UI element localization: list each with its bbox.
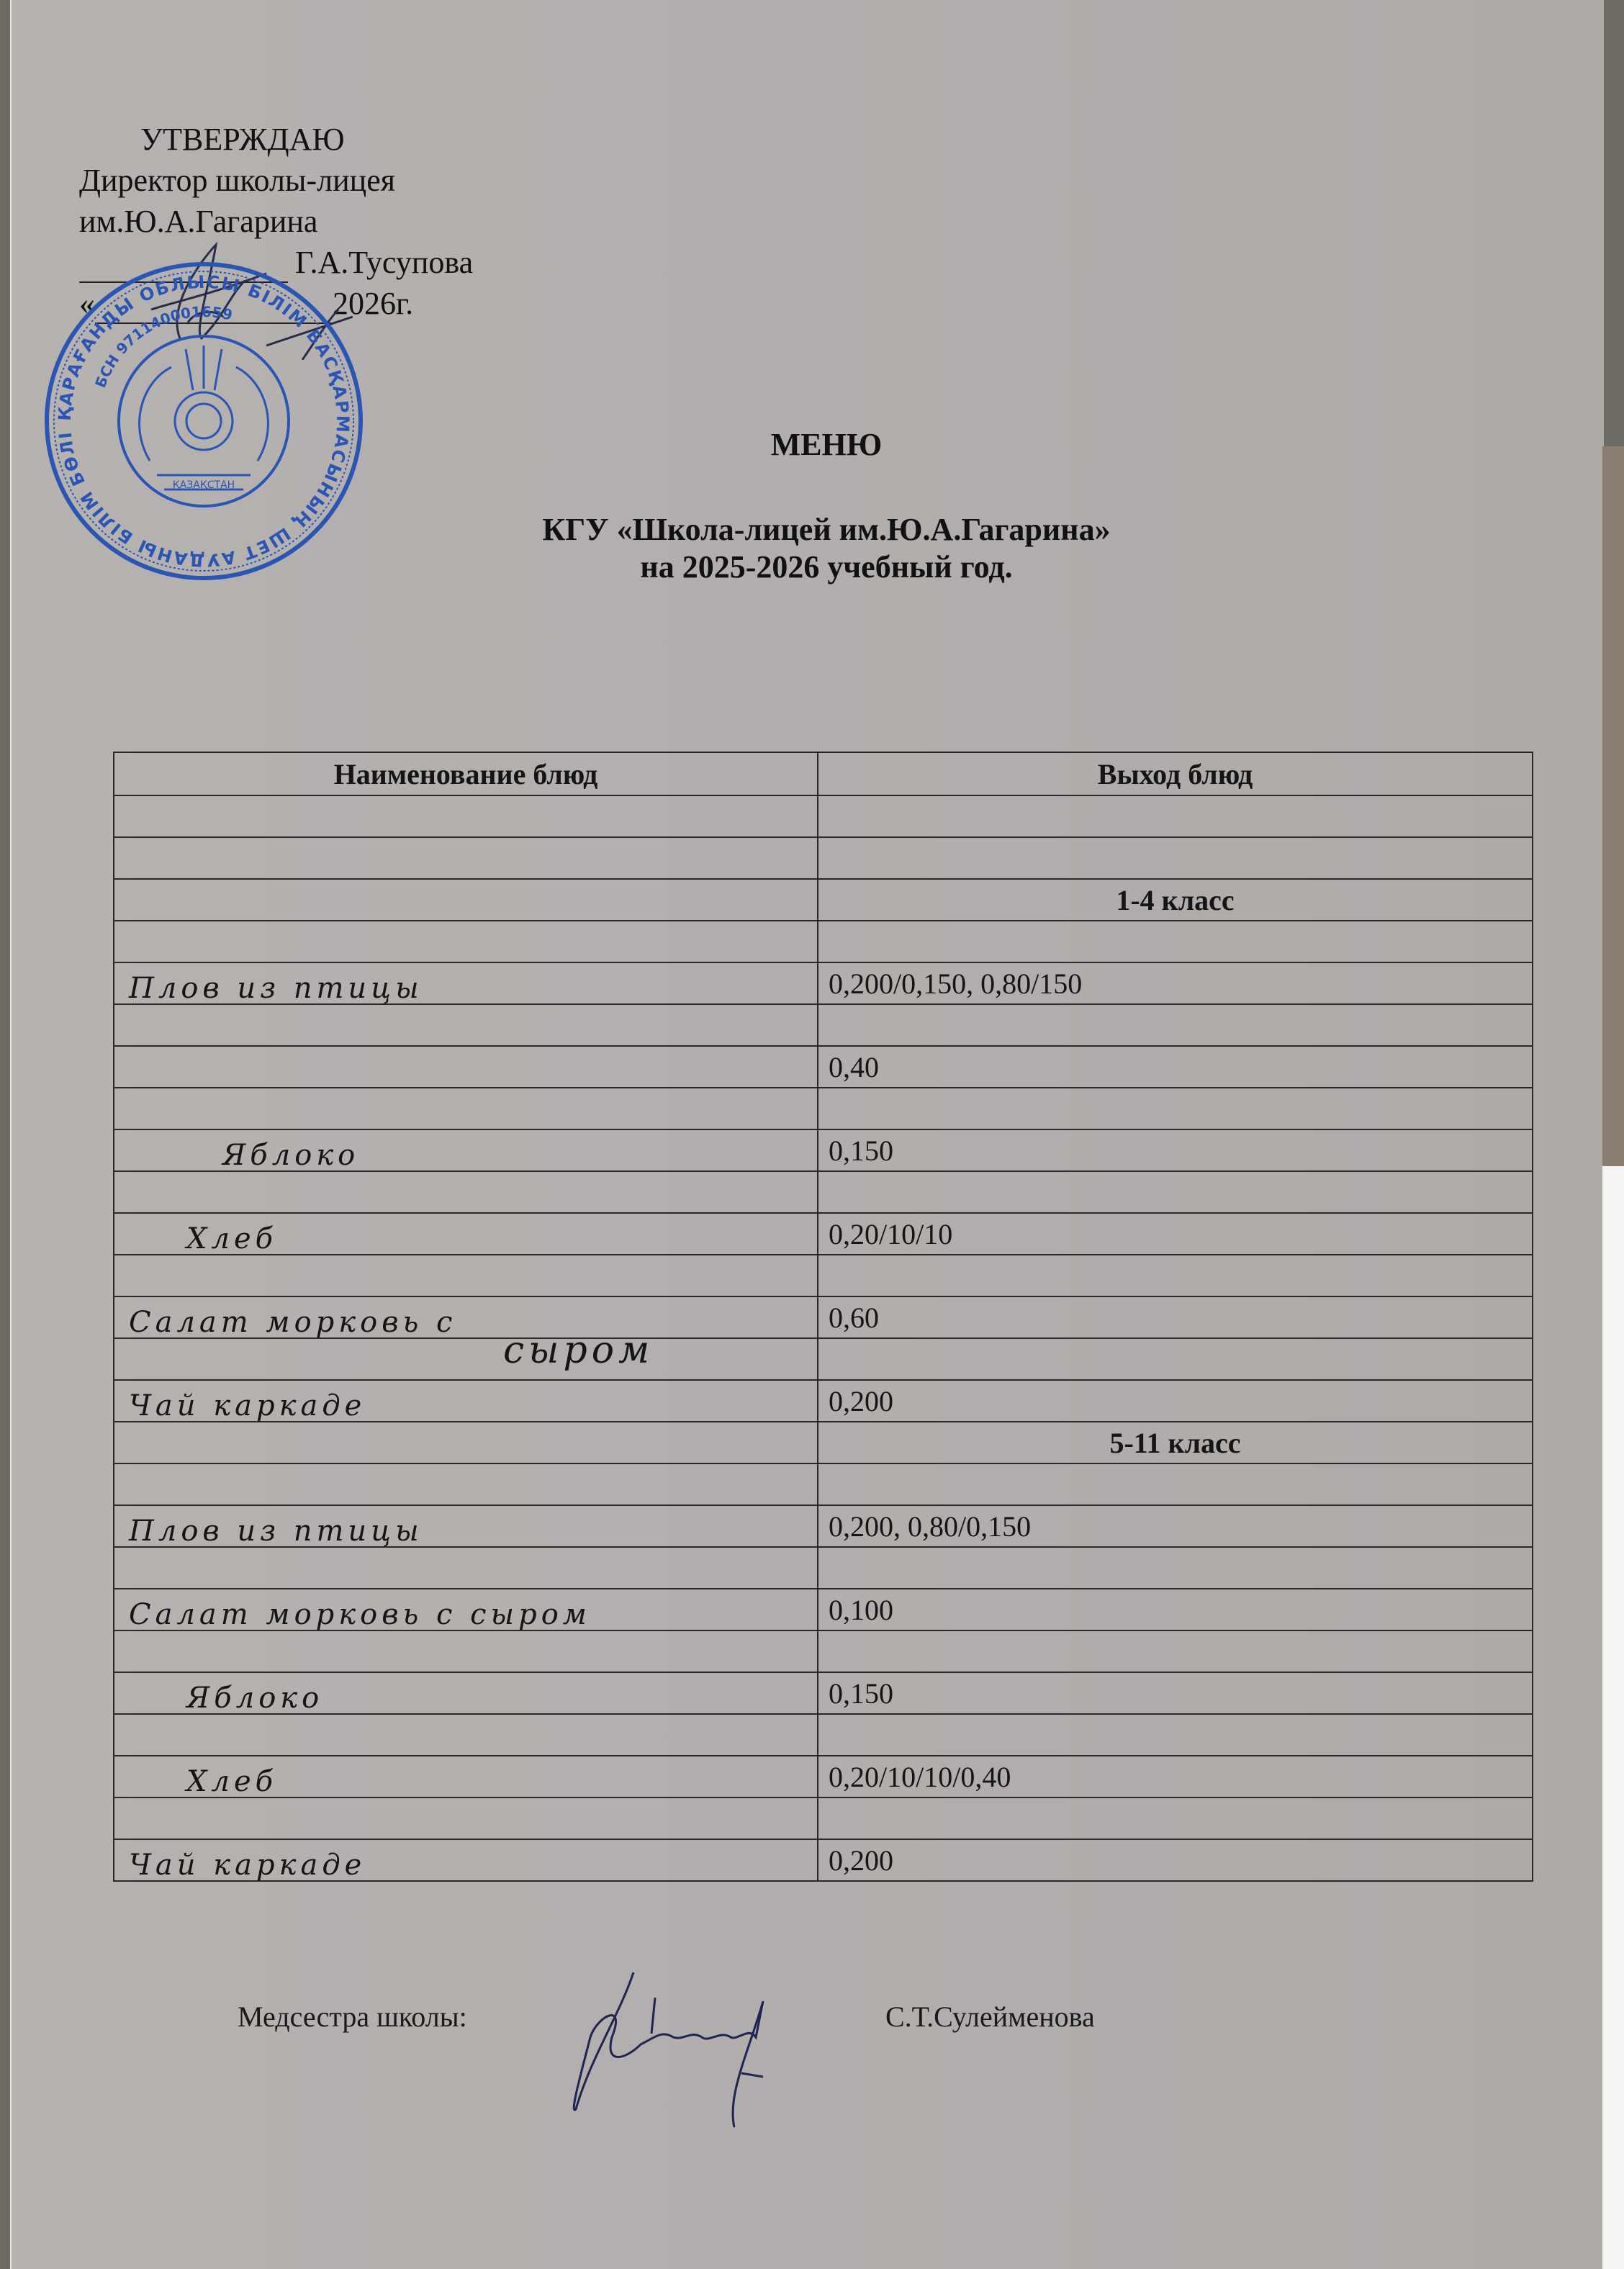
yield-cell: 0,200, 0,80/0,150 (818, 1505, 1533, 1547)
dish-name: Хлеб (186, 1765, 277, 1798)
table-row: Хлеб0,20/10/10 (114, 1213, 1533, 1255)
section-row: 1-4 класс (114, 879, 1533, 921)
yield-cell (818, 1255, 1533, 1296)
dish-name-cell: Хлеб (114, 1213, 818, 1255)
dish-name-cell: Плов из птицы (114, 1505, 818, 1547)
yield-cell (818, 1088, 1533, 1129)
dish-cell (114, 879, 818, 921)
yield-cell (818, 1714, 1533, 1756)
yield-cell: 0,20/10/10/0,40 (818, 1756, 1533, 1797)
table-row: Салат морковь с сыром0,100 (114, 1589, 1533, 1630)
approval-position: Директор школы-лицея (79, 160, 473, 201)
dish-name: Хлеб (186, 1222, 277, 1255)
yield-cell (818, 1463, 1533, 1505)
dish-name-cell (114, 1547, 818, 1589)
yield-cell (818, 921, 1533, 962)
table-row (114, 1004, 1533, 1046)
table-row (114, 1630, 1533, 1672)
yield-cell (818, 837, 1533, 879)
table-row: Яблоко0,150 (114, 1129, 1533, 1171)
yield-cell (818, 1797, 1533, 1839)
yield-cell (818, 1004, 1533, 1046)
nurse-label: Медсестра школы: (238, 2000, 467, 2034)
header-dish-name: Наименование блюд (114, 752, 818, 795)
dish-name-cell: сыром (114, 1338, 818, 1380)
dish-name-cell (114, 1004, 818, 1046)
yield-cell: 0,40 (818, 1046, 1533, 1088)
dish-name-cell: Яблоко (114, 1129, 818, 1171)
dish-name-cell (114, 1088, 818, 1129)
table-header-row: Наименование блюд Выход блюд (114, 752, 1533, 795)
dish-cell (114, 1422, 818, 1463)
approval-heading: УТВЕРЖДАЮ (79, 119, 473, 160)
yield-cell: 0,200 (818, 1380, 1533, 1422)
academic-year: на 2025-2026 учебный год. (14, 549, 1624, 585)
table-row (114, 837, 1533, 879)
organization-name: КГУ «Школа-лицей им.Ю.А.Гагарина» (14, 511, 1624, 548)
table-row (114, 1088, 1533, 1129)
dish-name: Салат морковь с (129, 1306, 456, 1339)
table-row (114, 921, 1533, 962)
table-row (114, 1171, 1533, 1213)
yield-cell (818, 1338, 1533, 1380)
table-row: Чай каркаде0,200 (114, 1839, 1533, 1881)
dish-name: Чай каркаде (129, 1849, 366, 1882)
yield-cell: 0,150 (818, 1672, 1533, 1714)
dish-name-cell: Чай каркаде (114, 1839, 818, 1881)
dish-name-cell: Хлеб (114, 1756, 818, 1797)
svg-text:ҚАЗАҚСТАН: ҚАЗАҚСТАН (173, 479, 235, 491)
dish-name: Салат морковь с сыром (129, 1598, 591, 1631)
header-yield: Выход блюд (818, 752, 1533, 795)
table-row (114, 1797, 1533, 1839)
table-row (114, 1255, 1533, 1296)
dish-name-cell (114, 1171, 818, 1213)
background-edge-light (1602, 1166, 1624, 2269)
dish-name-cell (114, 837, 818, 879)
table-row: Чай каркаде0,200 (114, 1380, 1533, 1422)
table-row: Салат морковь с0,60 (114, 1296, 1533, 1338)
table-row: сыром (114, 1338, 1533, 1380)
table-row (114, 1714, 1533, 1756)
yield-cell (818, 1171, 1533, 1213)
yield-cell: 0,150 (818, 1129, 1533, 1171)
dish-name-cell (114, 795, 818, 837)
dish-name-cell (114, 1630, 818, 1672)
dish-name-cell: Салат морковь с сыром (114, 1589, 818, 1630)
dish-name: Яблоко (186, 1682, 323, 1715)
dish-name: Плов из птицы (129, 1515, 423, 1548)
yield-cell (818, 1547, 1533, 1589)
dish-name-cell: Салат морковь с (114, 1296, 818, 1338)
dish-name-cell (114, 1255, 818, 1296)
dish-name-cell (114, 1714, 818, 1756)
table-row (114, 795, 1533, 837)
dish-name-cell (114, 921, 818, 962)
yield-cell: 0,60 (818, 1296, 1533, 1338)
yield-cell: 0,100 (818, 1589, 1533, 1630)
class-group-label: 5-11 класс (818, 1422, 1533, 1463)
dish-name: сыром (503, 1329, 654, 1372)
yield-cell: 0,200 (818, 1839, 1533, 1881)
yield-cell: 0,20/10/10 (818, 1213, 1533, 1255)
table-row: Яблоко0,150 (114, 1672, 1533, 1714)
table-row: Плов из птицы0,200, 0,80/0,150 (114, 1505, 1533, 1547)
table-row: Хлеб0,20/10/10/0,40 (114, 1756, 1533, 1797)
menu-table: Наименование блюд Выход блюд 1-4 классПл… (113, 752, 1533, 1882)
table-row (114, 1547, 1533, 1589)
dish-name-cell (114, 1797, 818, 1839)
class-group-label: 1-4 класс (818, 879, 1533, 921)
table-row: 0,40 (114, 1046, 1533, 1088)
yield-cell (818, 795, 1533, 837)
yield-cell (818, 1630, 1533, 1672)
section-row: 5-11 класс (114, 1422, 1533, 1463)
dish-name: Яблоко (222, 1139, 359, 1172)
dish-name-cell (114, 1046, 818, 1088)
document-title: МЕНЮ (14, 426, 1624, 463)
dish-name-cell: Яблоко (114, 1672, 818, 1714)
dish-name: Чай каркаде (129, 1389, 366, 1422)
nurse-signature (547, 1958, 864, 2131)
table-row (114, 1463, 1533, 1505)
dish-name-cell: Чай каркаде (114, 1380, 818, 1422)
nurse-name: С.Т.Сулейменова (885, 2000, 1095, 2034)
dish-name-cell: Плов из птицы (114, 962, 818, 1004)
dish-name: Плов из птицы (129, 972, 423, 1005)
yield-cell: 0,200/0,150, 0,80/150 (818, 962, 1533, 1004)
table-row: Плов из птицы0,200/0,150, 0,80/150 (114, 962, 1533, 1004)
dish-name-cell (114, 1463, 818, 1505)
